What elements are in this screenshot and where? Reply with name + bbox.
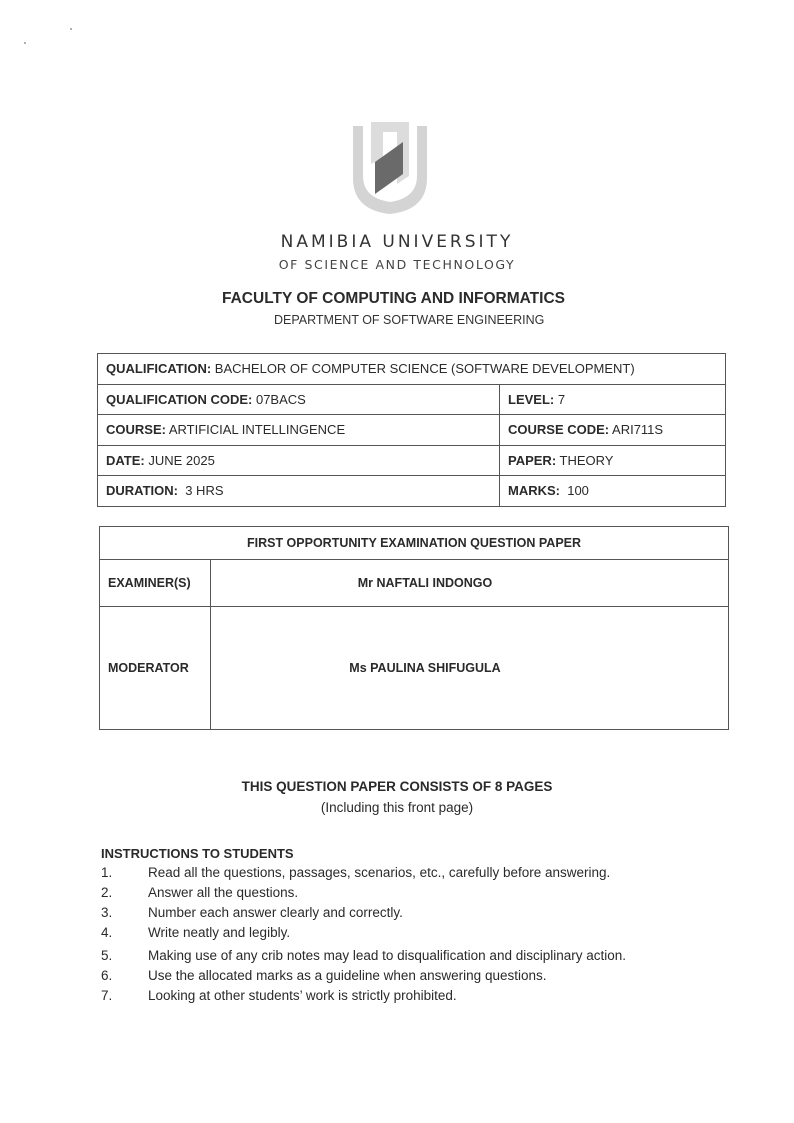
moderator-value: Ms PAULINA SHIFUGULA <box>211 607 729 730</box>
scan-speck <box>24 42 26 44</box>
instructions-list: 1.Read all the questions, passages, scen… <box>101 865 626 1008</box>
level-cell: LEVEL: 7 <box>500 384 726 415</box>
university-subtitle: OF SCIENCE AND TECHNOLOGY <box>0 257 794 272</box>
date-cell: DATE: JUNE 2025 <box>98 445 500 476</box>
examination-table: FIRST OPPORTUNITY EXAMINATION QUESTION P… <box>99 526 729 730</box>
list-item: 3.Number each answer clearly and correct… <box>101 905 626 925</box>
qualification-code-cell: QUALIFICATION CODE: 07BACS <box>98 384 500 415</box>
qualification-cell: QUALIFICATION: BACHELOR OF COMPUTER SCIE… <box>98 354 726 385</box>
paper-cell: PAPER: THEORY <box>500 445 726 476</box>
moderator-label: MODERATOR <box>100 607 211 730</box>
table-row: QUALIFICATION: BACHELOR OF COMPUTER SCIE… <box>98 354 726 385</box>
table-row: QUALIFICATION CODE: 07BACS LEVEL: 7 <box>98 384 726 415</box>
list-item: 5.Making use of any crib notes may lead … <box>101 948 626 968</box>
university-logo-icon <box>345 118 435 216</box>
list-item: 1.Read all the questions, passages, scen… <box>101 865 626 885</box>
course-details-table: QUALIFICATION: BACHELOR OF COMPUTER SCIE… <box>97 353 726 507</box>
department-title: DEPARTMENT OF SOFTWARE ENGINEERING <box>274 313 544 327</box>
course-code-cell: COURSE CODE: ARI711S <box>500 415 726 446</box>
list-item: 6.Use the allocated marks as a guideline… <box>101 968 626 988</box>
table-row: DURATION: 3 HRS MARKS: 100 <box>98 476 726 507</box>
list-item: 7.Looking at other students’ work is str… <box>101 988 626 1008</box>
duration-cell: DURATION: 3 HRS <box>98 476 500 507</box>
list-item: 2.Answer all the questions. <box>101 885 626 905</box>
course-cell: COURSE: ARTIFICIAL INTELLINGENCE <box>98 415 500 446</box>
pages-note: THIS QUESTION PAPER CONSISTS OF 8 PAGES <box>0 779 794 794</box>
marks-cell: MARKS: 100 <box>500 476 726 507</box>
scan-speck <box>70 28 72 30</box>
instructions-title: INSTRUCTIONS TO STUDENTS <box>101 846 294 861</box>
university-name: NAMIBIA UNIVERSITY <box>0 232 794 252</box>
exam-title: FIRST OPPORTUNITY EXAMINATION QUESTION P… <box>100 527 729 560</box>
table-row: DATE: JUNE 2025 PAPER: THEORY <box>98 445 726 476</box>
examiner-label: EXAMINER(S) <box>100 560 211 607</box>
list-item: 4.Write neatly and legibly. <box>101 925 626 945</box>
pages-subnote: (Including this front page) <box>0 800 794 815</box>
examiner-value: Mr NAFTALI INDONGO <box>211 560 729 607</box>
table-row: COURSE: ARTIFICIAL INTELLINGENCE COURSE … <box>98 415 726 446</box>
faculty-title: FACULTY OF COMPUTING AND INFORMATICS <box>222 290 565 308</box>
